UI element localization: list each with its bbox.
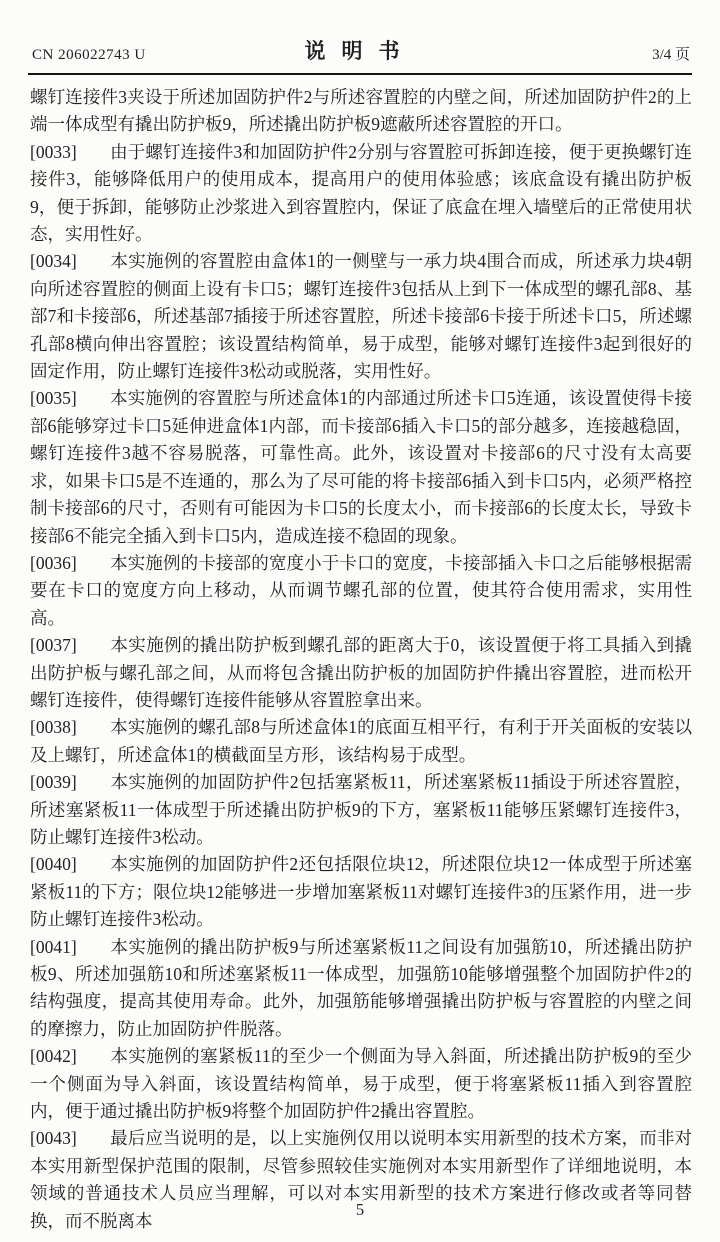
paragraph-0037: [0037]本实施例的撬出防护板到螺孔部的距离大于0，该设置便于将工具插入到撬出…	[30, 632, 692, 714]
paragraph-number: [0042]	[30, 1043, 88, 1070]
paragraph-text: 本实施例的撬出防护板9与所述塞紧板11之间设有加强筋10，所述撬出防护板9、所述…	[30, 937, 692, 1039]
sheet-number: 5	[356, 1200, 364, 1219]
patent-specification-page: CN 206022743 U 说明书 3/4 页 螺钉连接件3夹设于所述加固防护…	[0, 0, 720, 1242]
page-indicator: 3/4 页	[652, 43, 690, 64]
paragraph-continuation: 螺钉连接件3夹设于所述加固防护件2与所述容置腔的内壁之间，所述加固防护件2的上端…	[30, 84, 692, 139]
document-number: CN 206022743 U	[32, 47, 146, 64]
page-title: 说明书	[305, 35, 416, 65]
paragraph-text: 本实施例的撬出防护板到螺孔部的距离大于0，该设置便于将工具插入到撬出防护板与螺孔…	[30, 635, 692, 710]
paragraph-number: [0034]	[30, 248, 88, 275]
page-header: CN 206022743 U 说明书 3/4 页	[30, 42, 690, 64]
paragraph-number: [0039]	[30, 769, 88, 796]
paragraph-number: [0040]	[30, 851, 88, 878]
paragraph-text: 本实施例的加固防护件2包括塞紧板11，所述塞紧板11插设于所述容置腔，所述塞紧板…	[30, 772, 692, 847]
paragraph-text: 本实施例的加固防护件2还包括限位块12，所述限位块12一体成型于所述塞紧板11的…	[30, 854, 692, 929]
paragraph-text: 螺钉连接件3夹设于所述加固防护件2与所述容置腔的内壁之间，所述加固防护件2的上端…	[30, 87, 692, 134]
paragraph-0039: [0039]本实施例的加固防护件2包括塞紧板11，所述塞紧板11插设于所述容置腔…	[30, 769, 692, 851]
paragraph-0036: [0036]本实施例的卡接部的宽度小于卡口的宽度，卡接部插入卡口之后能够根据需要…	[30, 550, 692, 632]
paragraph-number: [0043]	[30, 1125, 88, 1152]
paragraph-text: 本实施例的螺孔部8与所述盒体1的底面互相平行，有利于开关面板的安装以及上螺钉，所…	[30, 717, 692, 764]
paragraph-text: 本实施例的卡接部的宽度小于卡口的宽度，卡接部插入卡口之后能够根据需要在卡口的宽度…	[30, 553, 692, 628]
paragraph-number: [0041]	[30, 934, 88, 961]
paragraph-0033: [0033]由于螺钉连接件3和加固防护件2分别与容置腔可拆卸连接，便于更换螺钉连…	[30, 139, 692, 249]
paragraph-text: 由于螺钉连接件3和加固防护件2分别与容置腔可拆卸连接，便于更换螺钉连接件3，能够…	[30, 142, 692, 244]
paragraph-number: [0037]	[30, 632, 88, 659]
page-footer: 5	[0, 1200, 720, 1220]
specification-body: 螺钉连接件3夹设于所述加固防护件2与所述容置腔的内壁之间，所述加固防护件2的上端…	[30, 75, 692, 1235]
paragraph-0034: [0034]本实施例的容置腔由盒体1的一侧壁与一承力块4围合而成，所述承力块4朝…	[30, 248, 692, 385]
paragraph-number: [0035]	[30, 385, 88, 412]
paragraph-text: 本实施例的容置腔由盒体1的一侧壁与一承力块4围合而成，所述承力块4朝向所述容置腔…	[30, 251, 692, 381]
paragraph-number: [0033]	[30, 139, 88, 166]
paragraph-text: 本实施例的塞紧板11的至少一个侧面为导入斜面，所述撬出防护板9的至少一个侧面为导…	[30, 1046, 692, 1121]
paragraph-0035: [0035]本实施例的容置腔与所述盒体1的内部通过所述卡口5连通，该设置使得卡接…	[30, 385, 692, 549]
paragraph-number: [0038]	[30, 714, 88, 741]
paragraph-0038: [0038]本实施例的螺孔部8与所述盒体1的底面互相平行，有利于开关面板的安装以…	[30, 714, 692, 769]
paragraph-0041: [0041]本实施例的撬出防护板9与所述塞紧板11之间设有加强筋10，所述撬出防…	[30, 934, 692, 1044]
paragraph-0042: [0042]本实施例的塞紧板11的至少一个侧面为导入斜面，所述撬出防护板9的至少…	[30, 1043, 692, 1125]
paragraph-text: 本实施例的容置腔与所述盒体1的内部通过所述卡口5连通，该设置使得卡接部6能够穿过…	[30, 388, 692, 545]
paragraph-number: [0036]	[30, 550, 88, 577]
paragraph-0040: [0040]本实施例的加固防护件2还包括限位块12，所述限位块12一体成型于所述…	[30, 851, 692, 933]
